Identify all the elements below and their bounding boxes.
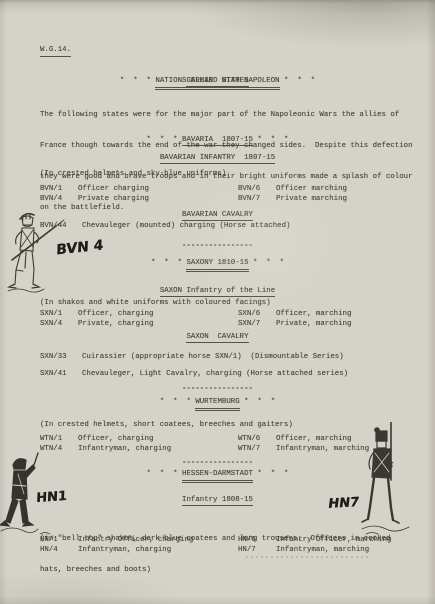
table-row: SXN/4 Private, charging SXN/7 Private, m… [0,319,435,329]
stars-right: * * * [257,470,288,478]
saxon-cavalry-heading: SAXON CAVALRY [186,333,248,343]
stars-right: * * * [257,136,288,144]
stars-left: * * * [147,470,178,478]
item-code: BVN/1 [40,184,78,194]
item-code: BVN/7 [238,194,276,204]
stars-right: * * * [244,398,275,406]
saxon-cavalry-heading-line: SAXON CAVALRY [0,332,435,342]
item-code: HN/6 [238,535,276,545]
table-row: HN/4 Infantryman, charging HN/7 Infantry… [0,545,435,555]
item-desc: Chevauleger, Light Cavalry, charging (Ho… [82,369,435,379]
item-desc: Infantryman, marching [276,545,435,555]
bavaria-heading-line: * * * BAVARIA 1807-15 * * * [0,135,435,145]
item-desc: Cuirassier (appropriate horse SXN/1) (Di… [82,352,435,362]
german-states-heading-line: GERMAN STATES [0,76,435,86]
item-desc: Private, charging [78,319,238,329]
scan-smudge [246,556,370,558]
hessian-infantryman-marching-sketch [360,422,412,540]
hessen-note-line-2: hats, breeches and boots) [40,565,435,575]
bavarian-infantry-heading: BAVARIAN INFANTRY 1807-15 [160,154,275,164]
item-code: SXN/33 [40,352,82,362]
item-desc: Chevauleger (mounted) charging (Horse at… [82,221,435,231]
item-desc: Infantryman, charging [78,444,238,454]
bavaria-note: (In crested helmets and sky-blue uniform… [0,169,435,179]
separator-dashes: ---------------- [0,384,435,394]
item-code: SXN/1 [40,309,78,319]
handwritten-bvn4-annotation: BVN 4 [56,240,103,255]
bavarian-infantry-heading-line: BAVARIAN INFANTRY 1807-15 [0,153,435,163]
item-code: SXN/41 [40,369,82,379]
item-code: BVN/4 [40,194,78,204]
item-code: WTN/1 [40,434,78,444]
item-desc: Officer, charging [78,434,238,444]
item-code: SXN/6 [238,309,276,319]
catalog-ref: W.G.14. [40,45,71,57]
intro-line-1: The following states were for the major … [40,110,435,120]
item-desc: Private, marching [276,319,435,329]
table-row: SXN/1 Officer, charging SXN/6 Officer, m… [0,309,435,319]
stars-right: * * * [253,259,284,267]
bavaria-title: BAVARIA 1807-15 [182,136,253,146]
table-row: BVN/1 Officer charging BVN/6 Officer mar… [0,184,435,194]
item-desc: Officer, marching [276,309,435,319]
item-code: HN/7 [238,545,276,555]
german-states-heading: GERMAN STATES [186,77,248,87]
item-desc: Officer, charging [78,309,238,319]
saxony-note: (In shakos and white uniforms with colou… [0,298,435,308]
stars-left: * * * [147,136,178,144]
wurtemburg-title: WURTEMBURG [195,398,239,411]
item-desc: Private charging [78,194,238,204]
item-code: SXN/4 [40,319,78,329]
hessen-title: HESSEN-DARMSTADT [182,470,253,483]
table-row: SXN/41 Chevauleger, Light Cavalry, charg… [0,369,435,379]
document-page: W.G.14. * * * NATIONS ALLIED WITH NAPOLE… [0,0,435,604]
item-code: WTN/7 [238,444,276,454]
item-desc: Infantryman, charging [78,545,238,555]
bavarian-cavalry-heading: BAVARIAN CAVALRY [182,211,253,221]
stars-left: * * * [160,398,191,406]
saxon-infantry-heading: SAXON Infantry of the Line [160,287,275,297]
handwritten-hn1-annotation: HN1 [36,492,67,505]
saxony-title: SAXONY 1810-15 [186,259,248,272]
hessen-infantry-heading: Infantry 1808-15 [182,496,253,506]
item-desc: Officer marching [276,184,435,194]
item-code: SXN/7 [238,319,276,329]
table-row: BVN/4 Private charging BVN/7 Private mar… [0,194,435,204]
stars-left: * * * [151,259,182,267]
item-desc: Infantry Officer, charging [78,535,238,545]
item-desc: Officer charging [78,184,238,194]
item-code: WTN/6 [238,434,276,444]
item-code: BVN/6 [238,184,276,194]
handwritten-hn7-annotation: HN7 [327,498,359,510]
table-row: SXN/33 Cuirassier (appropriate horse SXN… [0,352,435,362]
wurtemburg-heading-line: * * * WURTEMBURG * * * [0,397,435,407]
item-desc: Private marching [276,194,435,204]
